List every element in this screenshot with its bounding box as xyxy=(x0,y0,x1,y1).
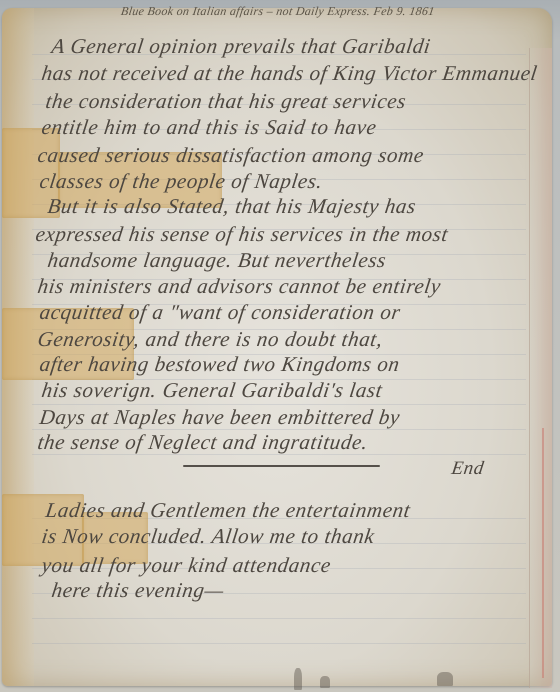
text-line: Days at Naples have been embittered by xyxy=(38,405,402,430)
text-line: expressed his sense of his services in t… xyxy=(34,222,450,247)
page-right-fold xyxy=(529,48,552,688)
ink-stain xyxy=(437,672,453,686)
text-line: classes of the people of Naples. xyxy=(38,169,324,194)
text-line: has not received at the hands of King Vi… xyxy=(40,61,539,86)
ruled-line xyxy=(32,618,526,619)
text-line: is Now concluded. Allow me to thank xyxy=(40,524,376,549)
text-line: his ministers and advisors cannot be ent… xyxy=(36,274,443,299)
text-line: entitle him to and this is Said to have xyxy=(40,115,378,140)
end-mark: End xyxy=(450,458,485,480)
ruled-line xyxy=(32,643,526,644)
text-line: Ladies and Gentlemen the entertainment xyxy=(44,498,412,523)
text-line: the sense of Neglect and ingratitude. xyxy=(36,430,370,455)
text-line: here this evening— xyxy=(50,578,226,603)
text-line: acquitted of a "want of consideration or xyxy=(38,300,402,325)
ink-stain xyxy=(294,668,302,690)
header-note: Blue Book on Italian affairs – not Daily… xyxy=(120,4,436,19)
text-line: you all for your kind attendance xyxy=(40,553,333,578)
text-line: caused serious dissatisfaction among som… xyxy=(36,143,426,168)
text-line: Generosity, and there is no doubt that, xyxy=(36,327,384,352)
text-line: But it is also Stated, that his Majesty … xyxy=(46,194,418,219)
text-line: after having bestowed two Kingdoms on xyxy=(38,352,401,377)
text-line: the consideration that his great service… xyxy=(44,89,408,114)
text-line: his soverign. General Garibaldi's last xyxy=(40,378,384,403)
section-divider xyxy=(183,465,380,467)
ink-stain xyxy=(320,676,330,688)
red-margin-line xyxy=(542,428,544,678)
text-line: handsome language. But nevertheless xyxy=(46,248,388,273)
text-line: A General opinion prevails that Garibald… xyxy=(50,34,432,59)
